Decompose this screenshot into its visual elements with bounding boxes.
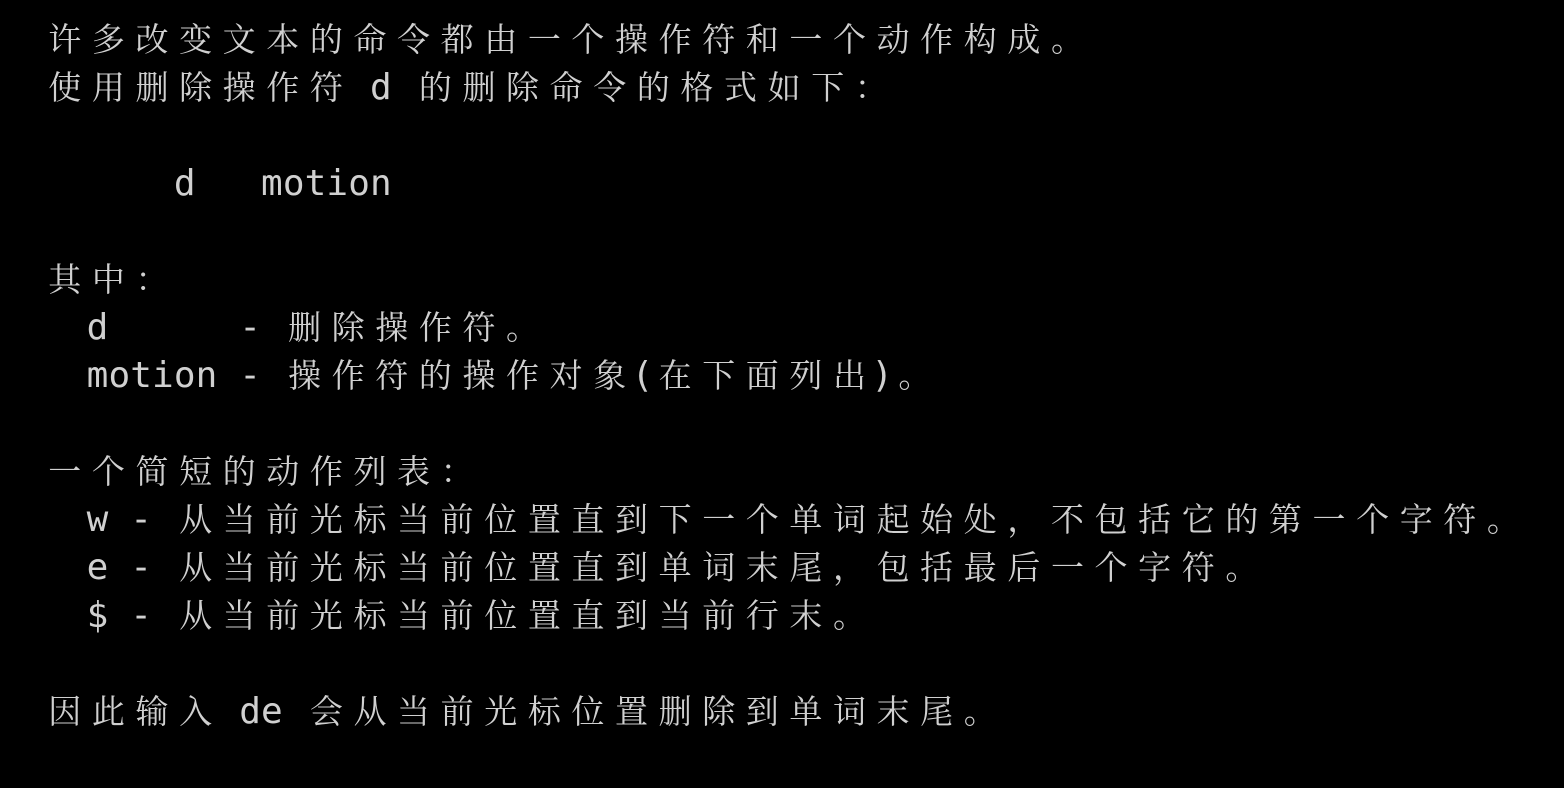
terminal-line: motion - 操作符的操作对象(在下面列出)。	[43, 352, 937, 400]
terminal-line: e - 从当前光标当前位置直到单词末尾，包括最后一个字符。	[43, 544, 1264, 592]
terminal-line: w - 从当前光标当前位置直到下一个单词起始处，不包括它的第一个字符。	[43, 496, 1525, 544]
terminal-line: 许多改变文本的命令都由一个操作符和一个动作构成。	[43, 16, 1089, 64]
terminal-window[interactable]: 许多改变文本的命令都由一个操作符和一个动作构成。 使用删除操作符 d 的删除命令…	[0, 0, 1564, 788]
terminal-line: d motion	[43, 160, 392, 208]
terminal-line: d - 删除操作符。	[43, 304, 544, 352]
terminal-line: 因此输入 de 会从当前光标位置删除到单词末尾。	[43, 688, 1002, 736]
terminal-line: 其中：	[43, 256, 174, 304]
terminal-line: 一个简短的动作列表：	[43, 448, 479, 496]
terminal-line: $ - 从当前光标当前位置直到当前行末。	[43, 592, 871, 640]
terminal-line: 使用删除操作符 d 的删除命令的格式如下：	[43, 64, 893, 112]
